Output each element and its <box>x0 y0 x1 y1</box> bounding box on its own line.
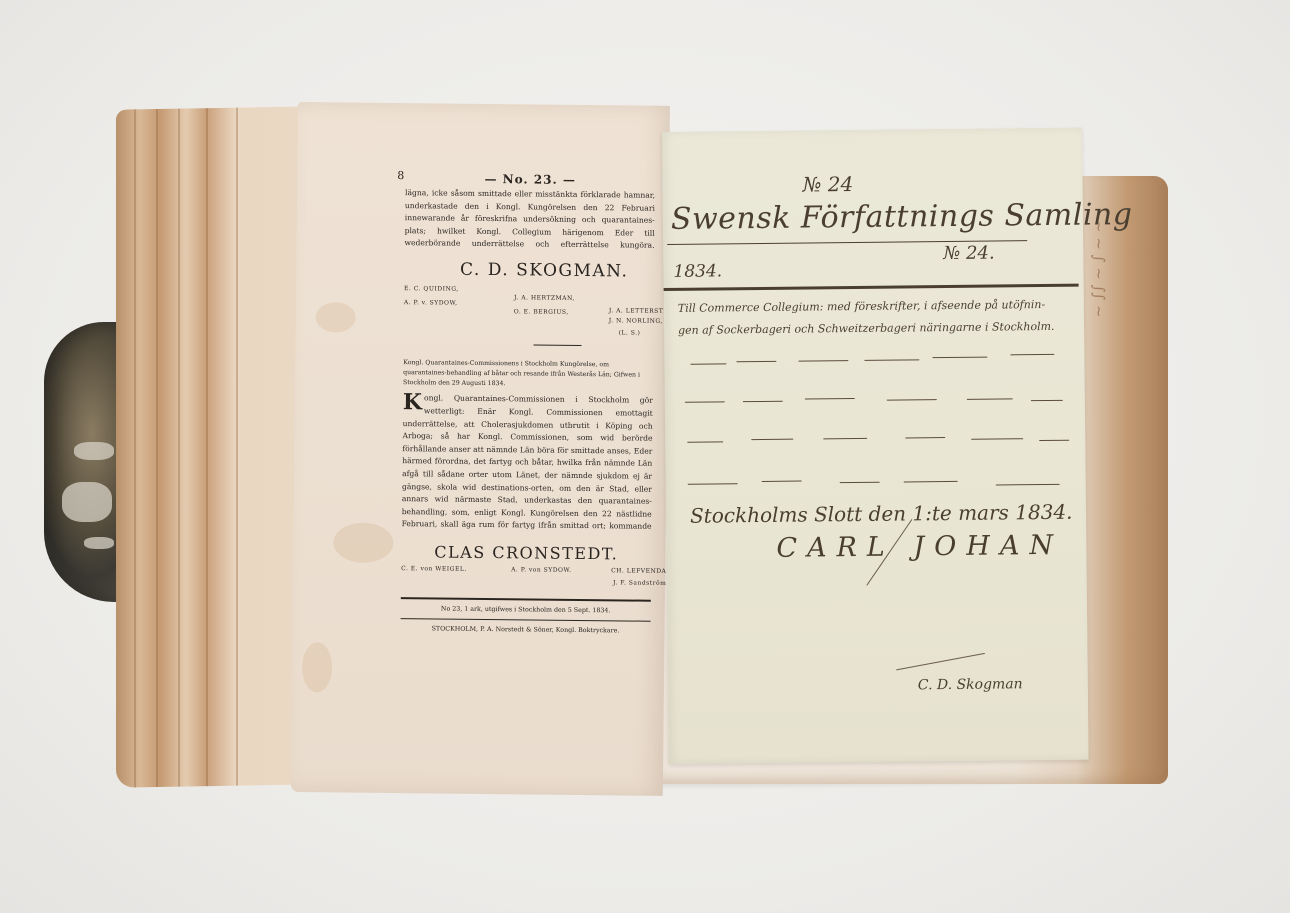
printed-text-block: 8 — No. 23. — lägna, icke såsom smittade… <box>400 171 655 639</box>
page-number: 8 <box>397 169 404 182</box>
filler-dash <box>905 437 945 439</box>
filler-dash <box>798 360 848 362</box>
foxing-spot <box>316 302 356 332</box>
rock-mineral-vein <box>74 442 114 460</box>
filler-dash <box>996 484 1060 486</box>
fore-edge-inscription: handwritten inscription on page edge (il… <box>1090 210 1120 460</box>
drop-cap: K <box>403 393 422 413</box>
filler-dash <box>690 363 726 364</box>
filler-dash <box>1031 400 1063 401</box>
foxing-spot <box>302 642 333 692</box>
signature-cronstedt: CLAS CRONSTEDT. <box>401 542 651 564</box>
filler-dash <box>762 481 802 483</box>
seal-mark: (L. S.) <box>619 329 641 336</box>
manuscript-page-right: № 24 Swensk Författnings Samling № 24. 1… <box>662 128 1089 764</box>
filler-dash <box>823 438 867 440</box>
cosigner: O. E. BERGIUS, <box>514 308 569 316</box>
cosigner: J. N. NORLING, <box>609 317 663 325</box>
ordinance-2-title: Kongl. Quarantaines-Commissionens i Stoc… <box>403 359 653 392</box>
left-page-edges <box>116 106 316 787</box>
cosigner: A. P. von SYDOW. <box>511 567 571 575</box>
printed-page-left: 8 — No. 23. — lägna, icke såsom smittade… <box>291 102 670 796</box>
royal-signature: CARL JOHAN <box>776 530 1063 564</box>
cosigner: C. E. von WEIGEL. <box>401 565 467 573</box>
filler-dash <box>751 439 793 441</box>
page-edge-line <box>206 108 208 786</box>
cosigners-block-1: E. C. QUIDING, A. P. v. SYDOW, J. A. HER… <box>404 285 655 340</box>
manuscript-year: 1834. <box>673 261 722 282</box>
filler-dash <box>864 359 919 361</box>
cosigners-block-2: C. E. von WEIGEL. A. P. von SYDOW. CH. L… <box>401 565 651 598</box>
fore-edge-ink-mark: ~ ~ ∫ ~ ∫∫ ~ <box>1090 220 1108 318</box>
page-edge-line <box>178 109 180 787</box>
filler-dash <box>967 398 1013 400</box>
filler-dash <box>805 398 855 400</box>
countersignature: C. D. Skogman <box>918 676 1023 693</box>
rock-mineral-vein <box>84 537 114 549</box>
filler-dash <box>971 438 1023 440</box>
filler-dash <box>904 481 958 483</box>
manuscript-number-right: № 24. <box>943 243 995 265</box>
ordinance-paragraph-2-text: ongl. Quarantaines-Commissionen i Stockh… <box>401 394 652 535</box>
filler-dash <box>840 482 880 484</box>
countersign-flourish <box>896 653 985 671</box>
filler-dash <box>932 357 987 359</box>
imprint-line: No 23, 1 ark, utgifwes i Stockholm den 5… <box>401 601 651 619</box>
page-edge-line <box>156 109 158 787</box>
manuscript-title: Swensk Författnings Samling <box>671 197 1133 237</box>
manuscript-place-date: Stockholms Slott den 1:te mars 1834. <box>690 500 1073 528</box>
filler-dash <box>1039 440 1069 441</box>
cosigner: J. A. HERTZMAN, <box>514 294 575 302</box>
manuscript-description-1: Till Commerce Collegium: med föreskrifte… <box>678 298 1045 315</box>
filler-dash <box>685 401 725 403</box>
ordinance-paragraph-2: Kongl. Quarantaines-Commissionen i Stock… <box>401 393 652 536</box>
cosigner: A. P. v. SYDOW, <box>404 299 458 307</box>
manuscript-number-top: № 24 <box>802 172 853 197</box>
ordinance-paragraph-1: lägna, icke såsom smittade eller misstän… <box>404 187 655 254</box>
page-edge-line <box>134 109 136 787</box>
foxing-spot <box>333 522 393 563</box>
header-rule <box>664 284 1079 291</box>
rock-mineral-vein <box>62 482 112 522</box>
manuscript-description-2: gen af Sockerbageri och Schweitzerbageri… <box>678 320 1055 337</box>
signature-skogman: C. D. SKOGMAN. <box>434 259 654 281</box>
cosigner: E. C. QUIDING, <box>404 285 459 293</box>
page-edge-line <box>236 108 238 786</box>
filler-dash <box>887 399 937 401</box>
publisher-line: STOCKHOLM, P. A. Norstedt & Söner, Kongl… <box>400 621 650 639</box>
section-divider <box>533 344 581 346</box>
cosigner: J. F. Sandström. <box>613 580 669 588</box>
filler-dash <box>1010 354 1054 356</box>
filler-dash <box>688 483 738 485</box>
filler-dash <box>743 401 783 403</box>
issue-heading: — No. 23. — <box>405 171 655 188</box>
filler-dash <box>687 441 723 442</box>
filler-dash <box>736 361 776 363</box>
